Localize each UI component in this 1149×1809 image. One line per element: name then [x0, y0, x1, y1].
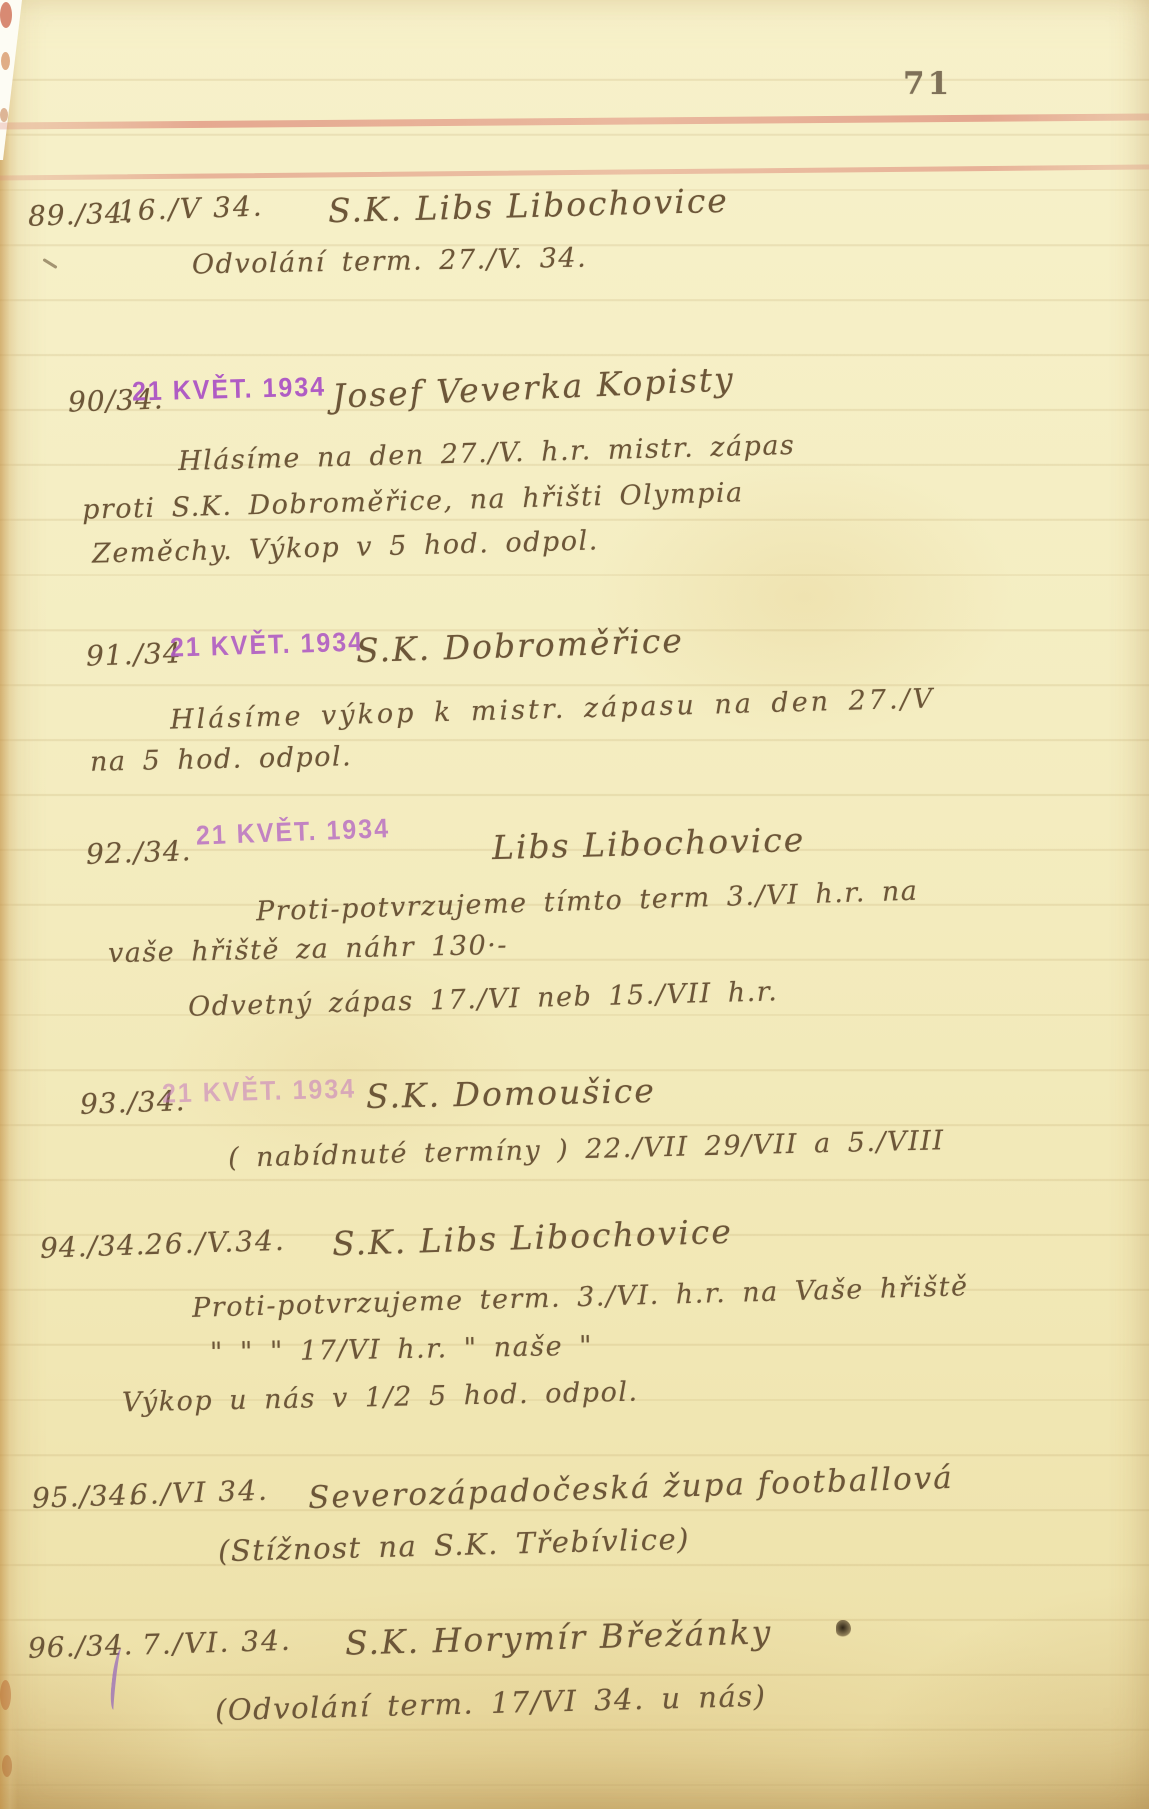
- entry-line: Odvetný zápas 17./VI neb 15./VII h.r.: [188, 976, 779, 1022]
- entry-line: Proti-potvrzujeme tímto term 3./VI h.r. …: [256, 876, 919, 928]
- entry-date: 16./V 34.: [117, 189, 264, 227]
- page-number: 71: [903, 66, 952, 102]
- entry-line: Hlásíme výkop k mistr. zápasu na den 27.…: [170, 683, 936, 735]
- edge-stain: [1, 52, 10, 70]
- torn-left-edge: [0, 0, 18, 1809]
- entry-line: Odvolání term. 27./V. 34.: [192, 243, 588, 281]
- entry-line: Zeměchy. Výkop v 5 hod. odpol.: [92, 525, 599, 569]
- entry-addressee: Severozápadočeská župa footballová: [308, 1460, 955, 1516]
- entry-line: " " " 17/VI h.r. " naše ": [210, 1331, 594, 1369]
- entry-addressee: S.K. Libs Libochovice: [331, 1212, 733, 1264]
- entry-line: (Stížnost na S.K. Třebívlice): [218, 1522, 691, 1568]
- ink-blot: [836, 1620, 851, 1637]
- edge-stain: [0, 1680, 11, 1710]
- ledger-page: 71 89./34. 16./V 34. S.K. Libs Libochovi…: [0, 0, 1149, 1809]
- entry-date: 6./VI 34.: [129, 1474, 269, 1512]
- entry-line: Výkop u nás v 1/2 5 hod. odpol.: [122, 1377, 639, 1419]
- entry-date: 7./VI. 34.: [142, 1624, 293, 1662]
- date-stamp: 21 KVĚT. 1934: [132, 372, 327, 408]
- edge-stain: [0, 108, 8, 122]
- date-stamp: 21 KVĚT. 1934: [162, 1074, 357, 1110]
- entry-number: 92./34.: [85, 834, 192, 871]
- entry-line: vaše hřiště za náhr 130·-: [108, 930, 509, 969]
- entry-addressee: Libs Libochovice: [492, 820, 806, 867]
- entry-addressee: S.K. Domoušice: [366, 1071, 657, 1116]
- entry-line: Proti-potvrzujeme term. 3./VI. h.r. na V…: [192, 1271, 969, 1324]
- entry-number: 91./34: [85, 636, 182, 672]
- red-rule-bottom: [0, 164, 1149, 180]
- entry-addressee: Josef Veverka Kopisty: [331, 359, 735, 416]
- date-stamp: 21 KVĚT. 1934: [195, 813, 390, 852]
- entry-line: Hlásíme na den 27./V. h.r. mistr. zápas: [178, 430, 796, 477]
- entry-number: 94./34.: [39, 1228, 146, 1265]
- pen-tick: [42, 258, 57, 269]
- edge-stain: [0, 2, 12, 28]
- entry-line: na 5 hod. odpol.: [90, 741, 353, 777]
- red-rule-top: [0, 113, 1149, 129]
- entry-date: 26./V.34.: [145, 1224, 287, 1261]
- entry-number: 95./34.: [31, 1478, 138, 1515]
- entry-line: (Odvolání term. 17/VI 34. u nás): [215, 1679, 767, 1727]
- entry-addressee: S.K. Horymír Břežánky: [345, 1612, 773, 1662]
- entry-line: proti S.K. Dobroměřice, na hřišti Olympi…: [82, 477, 744, 525]
- entry-line: ( nabídnuté termíny ) 22./VII 29/VII a 5…: [228, 1125, 945, 1174]
- edge-stain: [2, 1755, 12, 1777]
- date-stamp: 21 KVĚT. 1934: [170, 627, 365, 664]
- entry-addressee: S.K. Dobroměřice: [355, 621, 684, 670]
- entry-addressee: S.K. Libs Libochovice: [328, 181, 730, 230]
